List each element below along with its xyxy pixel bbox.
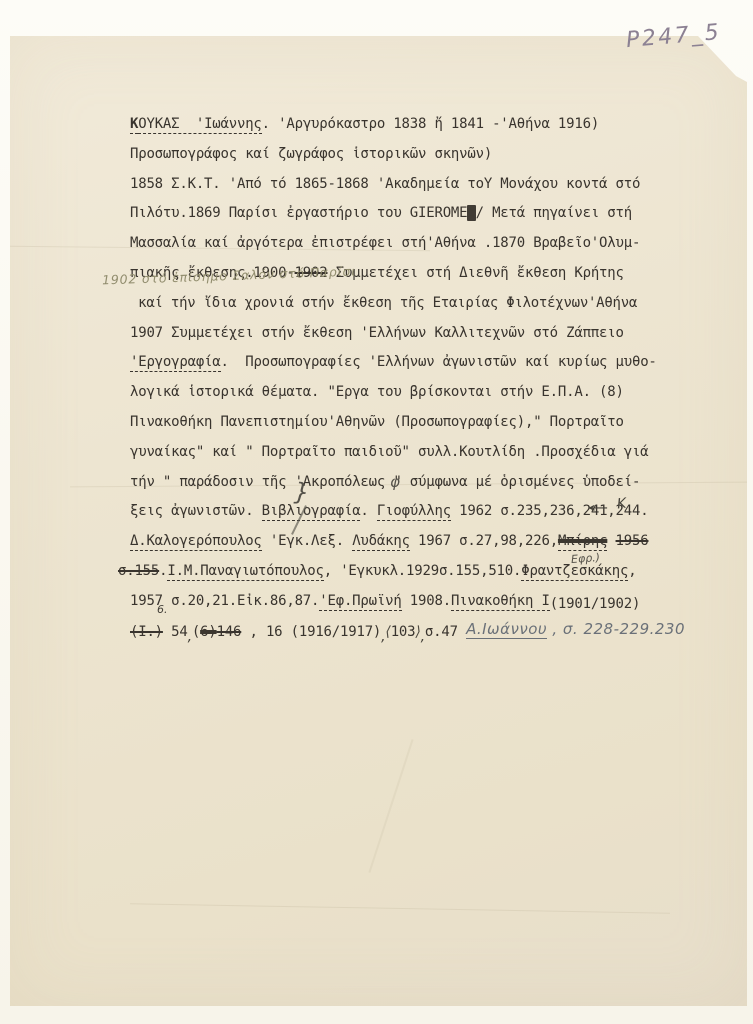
text-line: λογικά ἱστορικά θέματα. "Εργα του βρίσκο… — [130, 378, 730, 408]
text-segment: τήν " παράδοσιν τῆς 'Ακροπόλεως " σύμφων… — [130, 474, 640, 490]
text-line: (Ι.) 54,(6)146 , 16 (1916/1917),⟨103⟩,σ.… — [130, 617, 730, 647]
text-line: καί τήν ἴδια χρονιά στήν ἔκθεση τῆς Εται… — [130, 289, 730, 319]
text-segment: Γιοφύλλης — [377, 503, 451, 521]
text-segment: 1902 — [295, 265, 328, 281]
text-segment: . 'Αργυρόκαστρο 1838 ἤ 1841 -'Αθήνα 1916… — [262, 116, 599, 132]
text-segment: ΟΥΚΑΣ 'Ιωάννης — [138, 116, 261, 134]
text-line: σ.155.Ι.Μ.Παναγιωτόπουλος, 'Εγκυκλ.1929σ… — [118, 557, 730, 587]
text-segment: 6) — [200, 624, 216, 640]
text-segment: ξεις ἀγωνιστῶν. — [130, 503, 262, 519]
text-segment: σ.155 — [118, 563, 159, 579]
text-segment: Συμμετέχει στή Διεθνῆ ἔκθεση Κρήτης — [328, 265, 624, 281]
text-segment: Κ — [130, 116, 138, 134]
text-line: Μασσαλία καί ἀργότερα ἐπιστρέφει στή'Αθή… — [130, 229, 730, 259]
text-segment: ( — [192, 624, 200, 640]
text-segment: Βιβλιογραφία — [262, 503, 361, 521]
text-line: ξεις ἀγωνιστῶν. Βιβλιογραφία. Γιοφύλλης … — [130, 497, 730, 527]
text-line: Πιλότυ.1869 Παρίσι ἐργαστήριο του GIEROM… — [130, 199, 730, 229]
text-segment: Ε — [467, 205, 475, 221]
text-segment: 'Εφ.Πρωϊνή — [319, 593, 401, 611]
text-segment: / Μετά πηγαίνει στή — [476, 205, 632, 221]
text-segment: σ.47 — [425, 624, 466, 640]
text-segment: γυναίκας" καί " Πορτραῖτο παιδιοῦ" συλλ.… — [130, 444, 648, 460]
text-segment: 103 — [391, 624, 416, 640]
text-segment: , — [628, 563, 636, 579]
text-segment: 1967 σ.27,98,226, — [410, 533, 558, 549]
text-line: Πινακοθήκη Πανεπιστημίου'Αθηνῶν (Προσωπο… — [130, 408, 730, 438]
paper-crease — [368, 739, 413, 873]
text-segment: Μπίρης — [558, 533, 607, 551]
text-segment: , — [421, 629, 425, 645]
text-segment: Πινακοθήκη Ι — [451, 593, 550, 611]
text-line: τήν " παράδοσιν τῆς 'Ακροπόλεως " σύμφων… — [130, 468, 730, 498]
text-line: Δ.Καλογερόπουλος 'Εγκ.Λεξ. Λυδάκης 1967 … — [130, 527, 730, 557]
text-segment: Φραντζεσκάκης — [521, 563, 628, 581]
text-segment: 'Εργογραφία — [130, 354, 221, 372]
text-segment: , 16 (1916/1917) — [241, 624, 381, 640]
text-segment: 54 — [163, 624, 188, 640]
text-segment: (Ι.) — [130, 624, 163, 640]
text-segment: λογικά ἱστορικά θέματα. "Εργα του βρίσκο… — [130, 384, 624, 400]
text-line: Προσωπογράφος καί ζωγράφος ἱστορικῶν σκη… — [130, 140, 730, 170]
text-segment: 1962 σ.235,236,241,244. — [451, 503, 649, 519]
text-segment: πιακῆς ἔκθεσης.1900- — [130, 265, 295, 281]
text-segment: Ι.Μ.Παναγιωτόπουλος — [167, 563, 323, 581]
text-segment — [607, 533, 615, 549]
text-segment: Πιλότυ.1869 Παρίσι ἐργαστήριο του GIEROM… — [130, 205, 467, 221]
text-segment: 1858 Σ.Κ.Τ. 'Από τό 1865-1868 'Ακαδημεία… — [130, 176, 640, 192]
text-segment: . — [360, 503, 376, 519]
text-line: ΚΟΥΚΑΣ 'Ιωάννης. 'Αργυρόκαστρο 1838 ἤ 18… — [130, 110, 730, 140]
text-segment: ⟩ — [415, 624, 420, 640]
text-segment: 1957 σ.20,21.Εἰκ.86,87. — [130, 593, 319, 609]
text-segment: 1907 Συμμετέχει στήν ἔκθεση 'Ελλήνων Καλ… — [130, 325, 624, 341]
text-segment: Μασσαλία καί ἀργότερα ἐπιστρέφει στή'Αθή… — [130, 235, 640, 251]
text-segment: Λυδάκης — [352, 533, 410, 551]
text-segment: Δ.Καλογερόπουλος — [130, 533, 262, 551]
text-segment: , — [188, 629, 192, 645]
text-segment: Προσωπογράφος καί ζωγράφος ἱστορικῶν σκη… — [130, 146, 492, 162]
document-page: ΚΟΥΚΑΣ 'Ιωάννης. 'Αργυρόκαστρο 1838 ἤ 18… — [10, 36, 747, 1006]
text-line: 'Εργογραφία. Προσωπογραφίες 'Ελλήνων ἀγω… — [130, 348, 730, 378]
text-line: 1858 Σ.Κ.Τ. 'Από τό 1865-1868 'Ακαδημεία… — [130, 170, 730, 200]
text-segment: καί τήν ἴδια χρονιά στήν ἔκθεση τῆς Εται… — [130, 295, 637, 311]
text-line: 1957 σ.20,21.Εἰκ.86,87.'Εφ.Πρωϊνή 1908.Π… — [130, 587, 730, 617]
text-segment: (1901/1902) — [550, 590, 641, 620]
text-segment: 146 — [217, 624, 242, 640]
text-segment: , σ. 228-229.230 — [547, 620, 685, 638]
text-line: 1907 Συμμετέχει στήν ἔκθεση 'Ελλήνων Καλ… — [130, 319, 730, 349]
text-segment: Πινακοθήκη Πανεπιστημίου'Αθηνῶν (Προσωπο… — [130, 414, 624, 430]
typed-text: ΚΟΥΚΑΣ 'Ιωάννης. 'Αργυρόκαστρο 1838 ἤ 18… — [130, 110, 730, 646]
text-line: γυναίκας" καί " Πορτραῖτο παιδιοῦ" συλλ.… — [130, 438, 730, 468]
text-segment: , 'Εγκυκλ.1929σ.155,510. — [324, 563, 522, 579]
text-segment: 1956 — [616, 533, 649, 549]
text-segment: . Προσωπογραφίες 'Ελλήνων ἀγωνιστῶν καί … — [221, 354, 657, 370]
text-segment: 'Εγκ.Λεξ. — [262, 533, 353, 549]
scanned-document: ΚΟΥΚΑΣ 'Ιωάννης. 'Αργυρόκαστρο 1838 ἤ 18… — [0, 0, 753, 1024]
paper-crease — [130, 903, 670, 913]
text-segment: 1908. — [402, 593, 451, 609]
text-segment: , — [381, 629, 385, 645]
text-segment: Α.Ιωάννου — [466, 620, 547, 639]
text-line: πιακῆς ἔκθεσης.1900-1902 Συμμετέχει στή … — [130, 259, 730, 289]
